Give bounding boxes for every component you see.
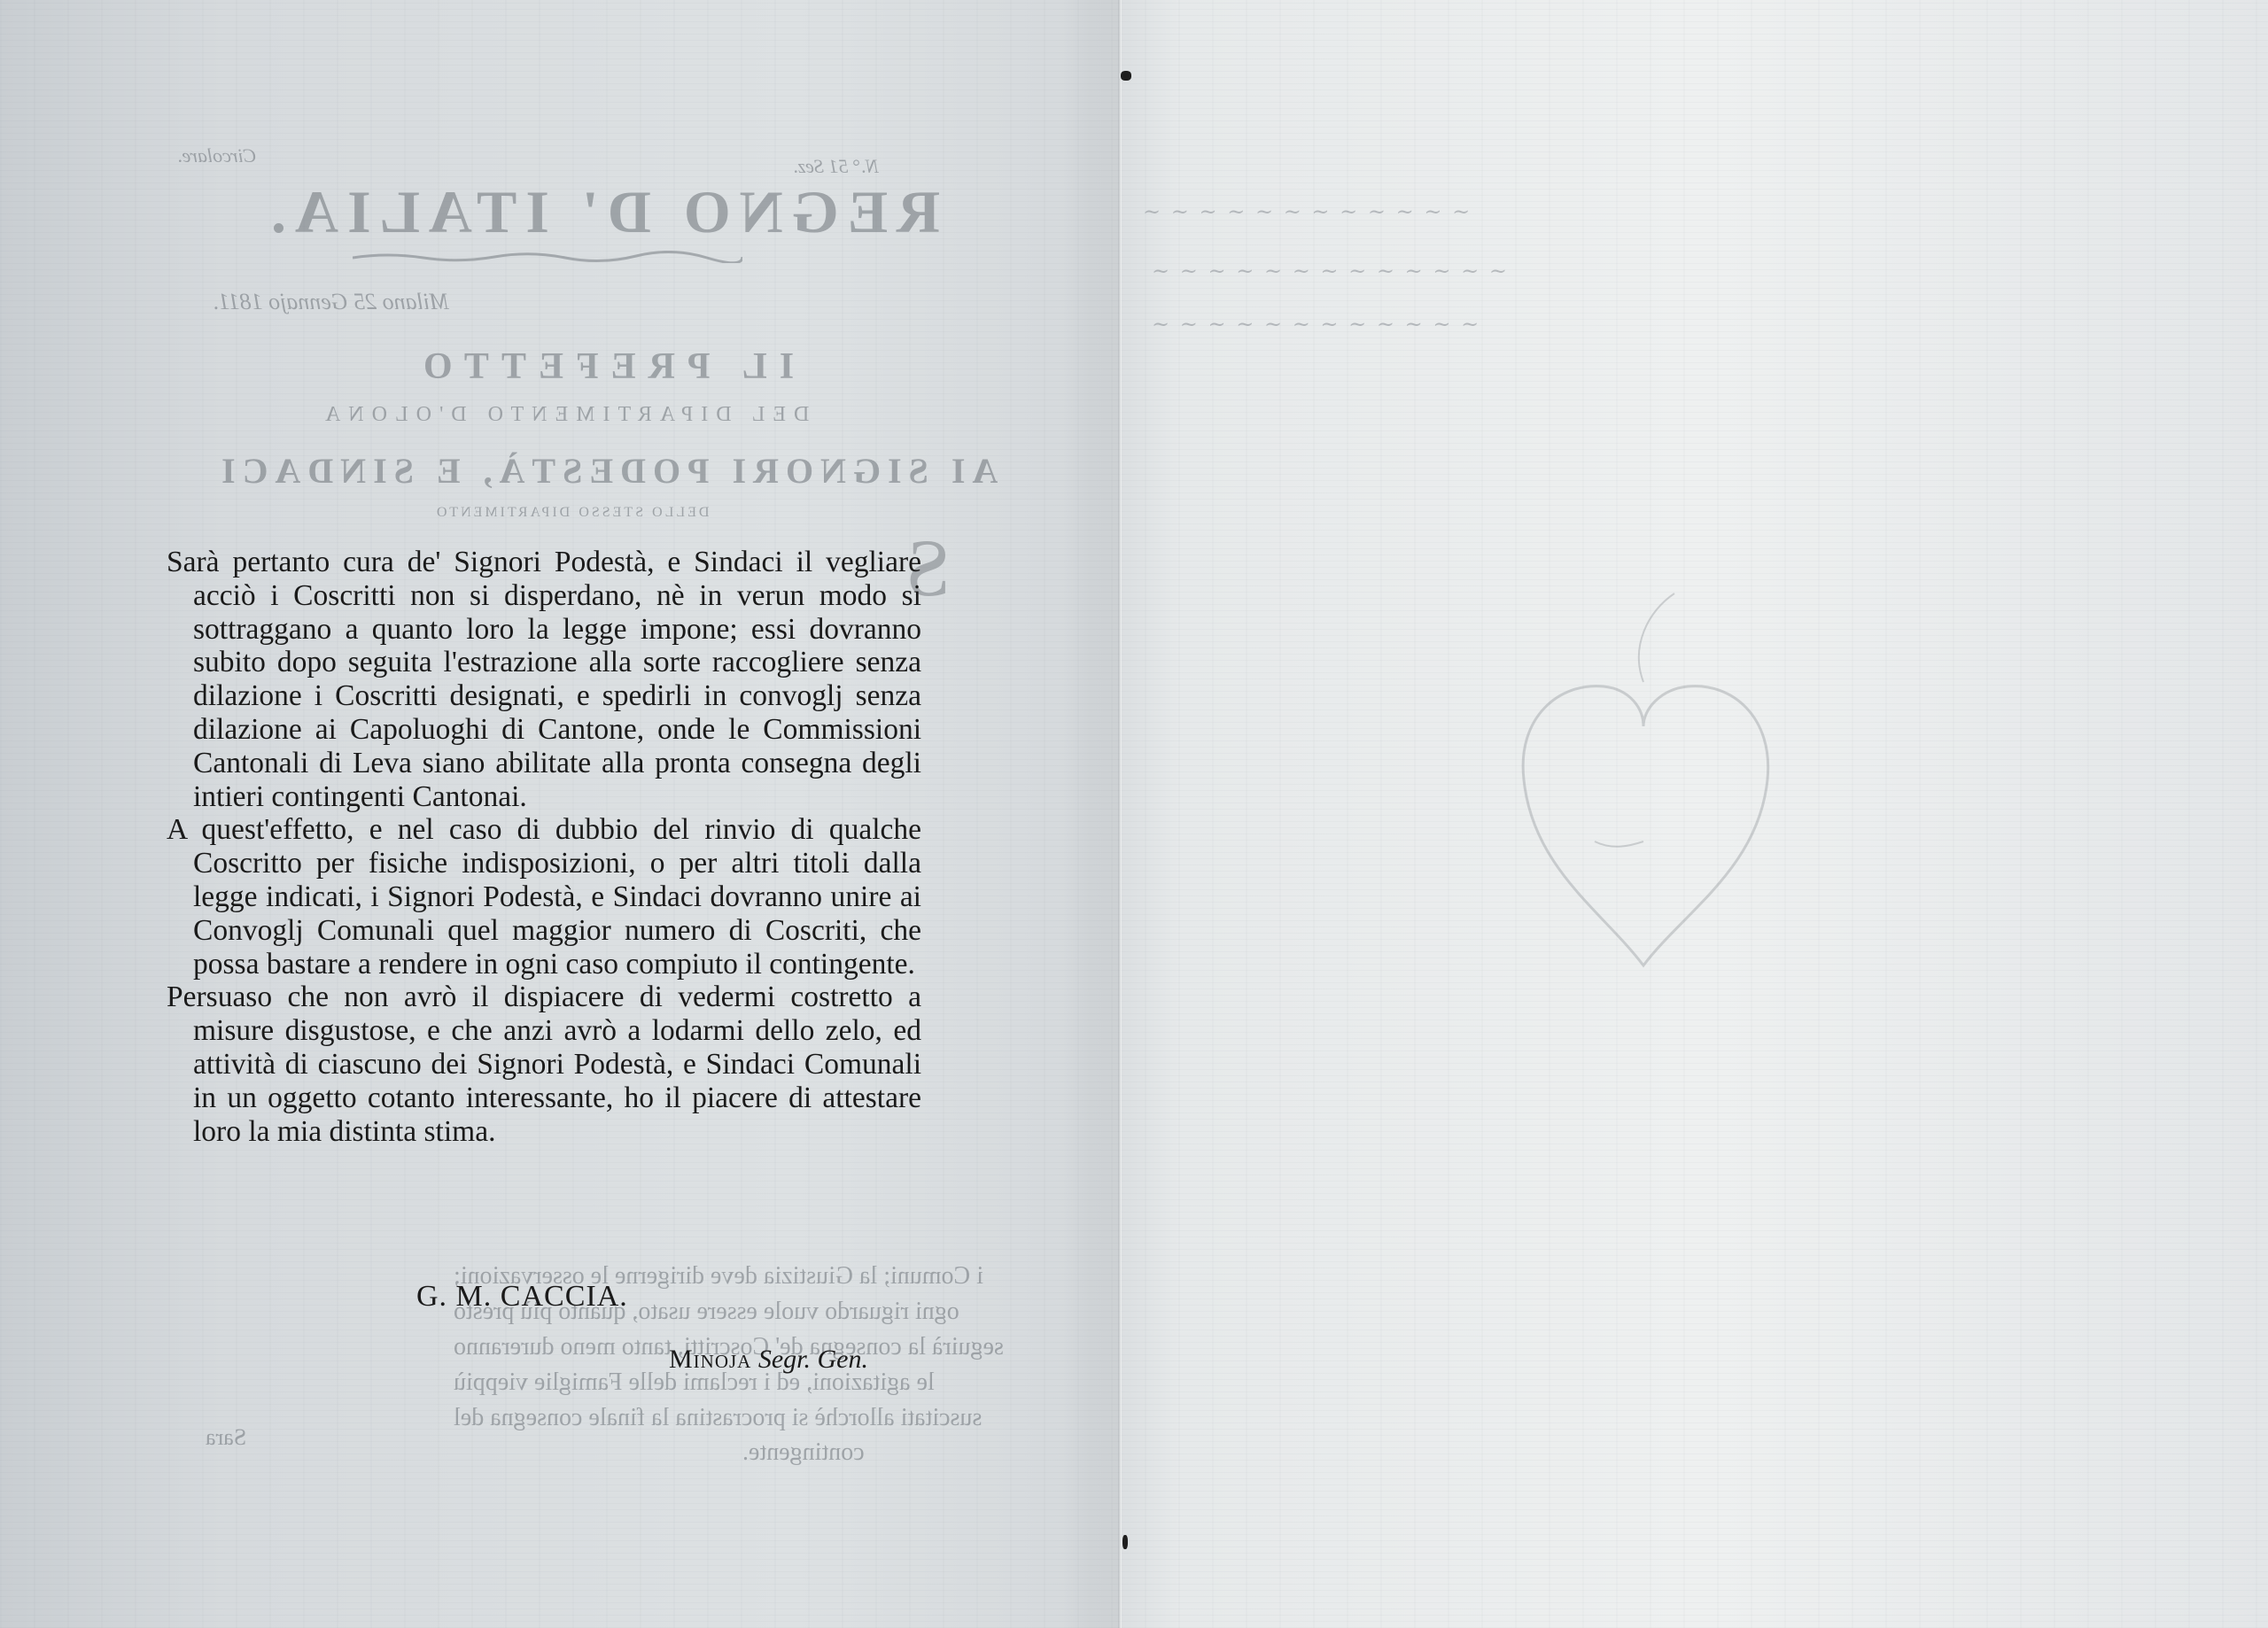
- paragraph-2: A quest'effetto, e nel caso di dubbio de…: [167, 813, 921, 981]
- secretary-title: Segr. Gen.: [758, 1345, 868, 1374]
- bleed-addressee: AI SIGNORI PODESTÀ, E SINDACI: [214, 450, 998, 492]
- handwriting-line: ~ ~ ~ ~ ~ ~ ~ ~ ~ ~ ~ ~ ~: [1152, 259, 1509, 283]
- paragraph-3: Persuaso che non avrò il dispiacere di v…: [167, 981, 921, 1148]
- bleed-number: N.° 51 Sez.: [793, 155, 879, 178]
- ink-spot: [1122, 1535, 1128, 1549]
- fold-shadow: [1063, 0, 1118, 1628]
- ink-spot: [1121, 71, 1131, 81]
- handwriting-line: ~ ~ ~ ~ ~ ~ ~ ~ ~ ~ ~ ~: [1152, 312, 1480, 337]
- bleed-kingdom-heading: REGNO D' ITALIA.: [262, 177, 940, 247]
- bleed-line: contingente.: [742, 1438, 865, 1467]
- paragraph-1: Sarà pertanto cura de' Signori Podestà, …: [167, 546, 921, 813]
- handwriting-line: ~ ~ ~ ~ ~ ~ ~ ~ ~ ~ ~ ~: [1143, 199, 1472, 224]
- bleed-addressee-sub: DELLO STESSO DIPARTIMENTO: [434, 505, 710, 521]
- secretary-name: Minoja: [669, 1345, 751, 1374]
- notice-body: Sarà pertanto cura de' Signori Podestà, …: [167, 546, 921, 1148]
- bleed-fragment: Sara: [206, 1424, 246, 1451]
- heart-watermark-icon: [1497, 576, 1790, 983]
- bleed-department: DEL DIPARTIMENTO D'OLONA: [317, 403, 809, 427]
- bleed-line: suscitati allorchè si procrastina la fin…: [454, 1404, 982, 1432]
- prefect-signature: G. M. CACCIA.: [416, 1280, 628, 1314]
- bleed-title: IL PREFETTO: [411, 345, 794, 388]
- secretary-signature: Minoja Segr. Gen.: [669, 1345, 868, 1375]
- center-fold: [1118, 0, 1122, 1628]
- bleed-date: Milano 25 Gennajo 1811.: [213, 289, 449, 315]
- bleed-circular-label: Circolare.: [177, 144, 256, 167]
- ornament-rule: [353, 251, 742, 263]
